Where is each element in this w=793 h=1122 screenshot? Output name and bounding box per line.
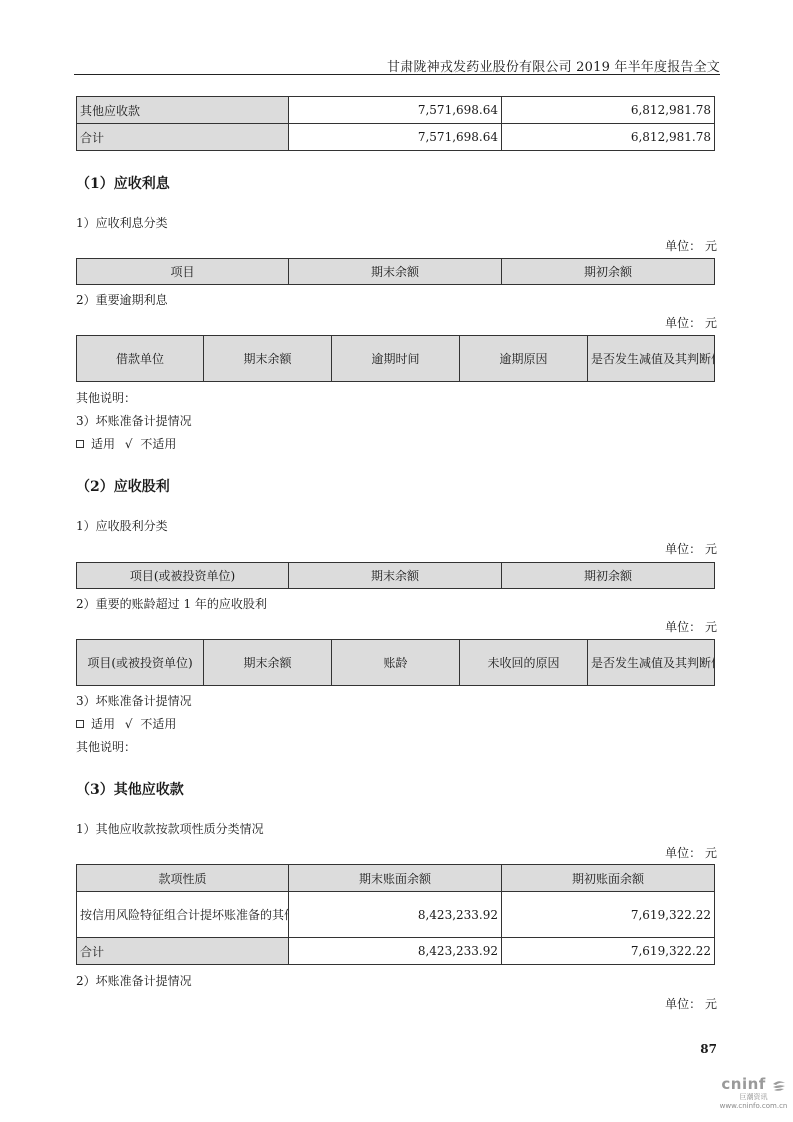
column-header: 期末余额 [204, 640, 332, 686]
row-label: 合计 [77, 124, 289, 151]
column-header: 项目(或被投资单位) [77, 640, 204, 686]
subheading: 1）应收股利分类 [76, 517, 168, 534]
row-label: 其他应收款 [77, 97, 289, 124]
subheading: 2）坏账准备计提情况 [76, 972, 192, 989]
row-label: 按信用风险特征组合计提坏账准备的其他应收款 [77, 892, 289, 938]
table-header-row: 款项性质 期末账面余额 期初账面余额 [77, 865, 715, 892]
overdue-interest-table: 借款单位 期末余额 逾期时间 逾期原因 是否发生减值及其判断依据 [76, 335, 715, 382]
table-row: 按信用风险特征组合计提坏账准备的其他应收款 8,423,233.92 7,619… [77, 892, 715, 938]
unit-label: 单位： 元 [665, 314, 717, 331]
other-notes-label: 其他说明： [76, 738, 136, 755]
other-notes-label: 其他说明： [76, 389, 136, 406]
end-balance: 8,423,233.92 [289, 892, 502, 938]
applicability-selector: 适用 √ 不适用 [76, 715, 176, 732]
column-header: 项目 [77, 259, 289, 285]
option-applicable-label: 适用 [91, 437, 115, 451]
subheading: 1）其他应收款按款项性质分类情况 [76, 820, 264, 837]
table-header-row: 借款单位 期末余额 逾期时间 逾期原因 是否发生减值及其判断依据 [77, 336, 715, 382]
table-header-row: 项目(或被投资单位) 期末余额 期初余额 [77, 563, 715, 589]
check-mark-icon: √ [125, 717, 133, 731]
column-header: 是否发生减值及其判断依据 [588, 336, 715, 382]
subheading: 2）重要逾期利息 [76, 291, 168, 308]
subheading: 2）重要的账龄超过 1 年的应收股利 [76, 595, 267, 612]
aged-dividends-table: 项目(或被投资单位) 期末余额 账龄 未收回的原因 是否发生减值及其判断依据 [76, 639, 715, 686]
table-row: 合计 7,571,698.64 6,812,981.78 [77, 124, 715, 151]
row-label: 合计 [77, 938, 289, 965]
applicability-selector: 适用 √ 不适用 [76, 435, 176, 452]
end-balance: 7,571,698.64 [289, 97, 502, 124]
column-header: 逾期时间 [332, 336, 460, 382]
table-row: 合计 8,423,233.92 7,619,322.22 [77, 938, 715, 965]
begin-balance: 6,812,981.78 [502, 97, 715, 124]
column-header: 未收回的原因 [460, 640, 588, 686]
end-balance: 7,571,698.64 [289, 124, 502, 151]
option-not-applicable-label: 不适用 [140, 437, 176, 451]
column-header: 是否发生减值及其判断依据 [588, 640, 715, 686]
interest-receivable-table: 项目 期末余额 期初余额 [76, 258, 715, 285]
check-mark-icon: √ [125, 437, 133, 451]
option-applicable-label: 适用 [91, 717, 115, 731]
column-header: 期初余额 [502, 563, 715, 589]
column-header: 期末账面余额 [289, 865, 502, 892]
unit-label: 单位： 元 [665, 540, 717, 557]
column-header: 期初账面余额 [502, 865, 715, 892]
logo-chinese-name: 巨潮资讯 [716, 1092, 791, 1102]
unit-label: 单位： 元 [665, 237, 717, 254]
section-heading-dividends-receivable: （2）应收股利 [76, 476, 170, 496]
column-header: 期末余额 [289, 563, 502, 589]
column-header: 期初余额 [502, 259, 715, 285]
page-number: 87 [700, 1042, 717, 1056]
table-header-row: 项目 期末余额 期初余额 [77, 259, 715, 285]
subheading: 1）应收利息分类 [76, 214, 168, 231]
cninfo-logo: cninf 巨潮资讯 www.cninfo.com.cn [716, 1075, 791, 1110]
subheading: 3）坏账准备计提情况 [76, 692, 192, 709]
begin-balance: 6,812,981.78 [502, 124, 715, 151]
report-header-title: 甘肃陇神戎发药业股份有限公司 2019 年半年度报告全文 [387, 56, 720, 75]
checkbox-applicable[interactable] [76, 720, 84, 728]
unit-label: 单位： 元 [665, 618, 717, 635]
logo-url: www.cninfo.com.cn [716, 1102, 791, 1110]
begin-balance: 7,619,322.22 [502, 938, 715, 965]
dividends-receivable-table: 项目(或被投资单位) 期末余额 期初余额 [76, 562, 715, 589]
column-header: 款项性质 [77, 865, 289, 892]
unit-label: 单位： 元 [665, 844, 717, 861]
column-header: 账龄 [332, 640, 460, 686]
other-receivables-summary-table: 其他应收款 7,571,698.64 6,812,981.78 合计 7,571… [76, 96, 715, 151]
section-heading-interest-receivable: （1）应收利息 [76, 173, 170, 193]
section-heading-other-receivables: （3）其他应收款 [76, 779, 184, 799]
checkbox-applicable[interactable] [76, 440, 84, 448]
option-not-applicable-label: 不适用 [140, 717, 176, 731]
subheading: 3）坏账准备计提情况 [76, 412, 192, 429]
logo-brand-text: cninf [721, 1075, 765, 1093]
column-header: 项目(或被投资单位) [77, 563, 289, 589]
logo-swirl-icon [772, 1080, 786, 1092]
table-row: 其他应收款 7,571,698.64 6,812,981.78 [77, 97, 715, 124]
end-balance: 8,423,233.92 [289, 938, 502, 965]
table-header-row: 项目(或被投资单位) 期末余额 账龄 未收回的原因 是否发生减值及其判断依据 [77, 640, 715, 686]
other-receivables-by-nature-table: 款项性质 期末账面余额 期初账面余额 按信用风险特征组合计提坏账准备的其他应收款… [76, 864, 715, 965]
header-divider [74, 74, 720, 75]
column-header: 期末余额 [204, 336, 332, 382]
column-header: 借款单位 [77, 336, 204, 382]
column-header: 逾期原因 [460, 336, 588, 382]
column-header: 期末余额 [289, 259, 502, 285]
begin-balance: 7,619,322.22 [502, 892, 715, 938]
unit-label: 单位： 元 [665, 995, 717, 1012]
